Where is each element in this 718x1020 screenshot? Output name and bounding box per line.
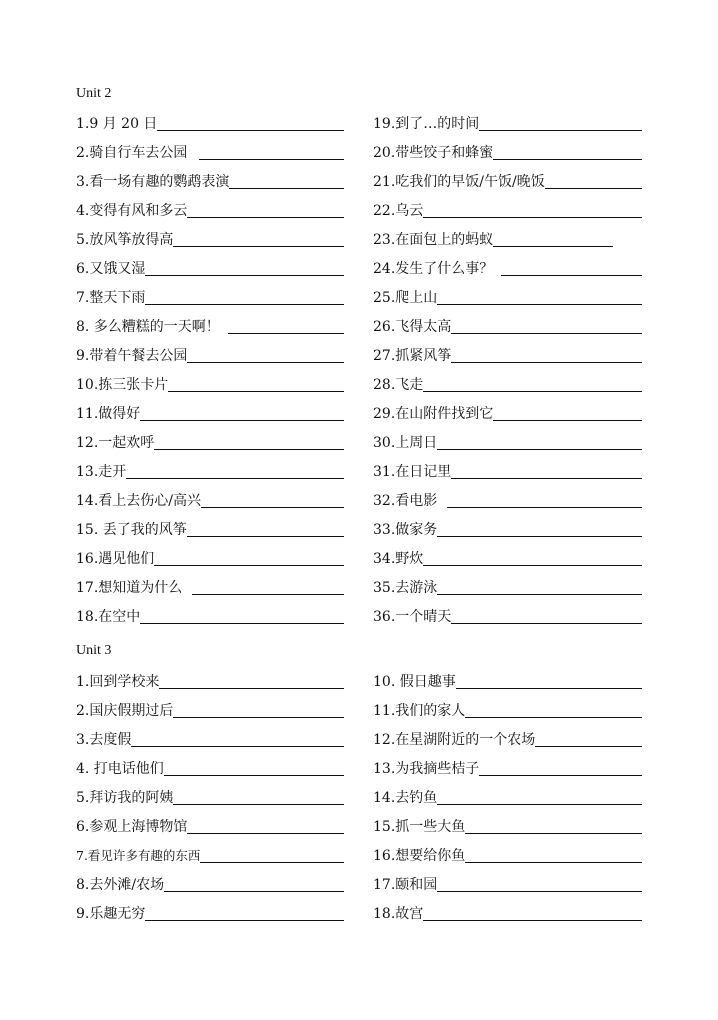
answer-blank[interactable] xyxy=(456,672,642,689)
answer-blank[interactable] xyxy=(423,201,642,218)
exercise-prompt: 14.看上去伤心/高兴 xyxy=(76,492,201,511)
answer-blank[interactable] xyxy=(168,375,344,392)
exercise-row: 16.遇见他们 xyxy=(76,547,344,569)
exercise-prompt: 22.乌云 xyxy=(373,202,423,221)
exercise-prompt: 6.参观上海博物馆 xyxy=(76,818,187,837)
exercise-prompt: 30.上周日 xyxy=(373,434,437,453)
exercise-row: 23.在面包上的蚂蚁 xyxy=(373,228,642,250)
answer-blank[interactable] xyxy=(164,875,344,892)
exercise-prompt: 3.去度假 xyxy=(76,731,131,750)
exercise-row: 34.野炊 xyxy=(373,547,642,569)
exercise-prompt: 33.做家务 xyxy=(373,521,437,540)
answer-blank[interactable] xyxy=(154,549,344,566)
answer-blank[interactable] xyxy=(201,491,344,508)
answer-blank[interactable] xyxy=(229,172,344,189)
exercise-prompt: 6.又饿又湿 xyxy=(76,260,145,279)
exercise-prompt: 27.抓紧风筝 xyxy=(373,347,451,366)
exercise-prompt: 19.到了…的时间 xyxy=(373,115,479,134)
answer-blank[interactable] xyxy=(501,259,642,276)
answer-blank[interactable] xyxy=(535,730,642,747)
unit-3-title: Unit 3 xyxy=(76,641,111,661)
exercise-prompt: 9.带着午餐去公园 xyxy=(76,347,187,366)
exercise-prompt: 8.去外滩/农场 xyxy=(76,876,164,895)
exercise-prompt: 5.拜访我的阿姨 xyxy=(76,789,173,808)
answer-blank[interactable] xyxy=(437,520,642,537)
answer-blank[interactable] xyxy=(437,875,642,892)
exercise-row: 12.在星湖附近的一个农场 xyxy=(373,728,642,750)
answer-blank[interactable] xyxy=(447,491,642,508)
answer-blank[interactable] xyxy=(545,172,642,189)
worksheet-page: Unit 2 1.9 月 20 日2.骑自行车去公园3.看一场有趣的鹦鹉表演4.… xyxy=(0,0,718,1020)
answer-blank[interactable] xyxy=(159,672,344,689)
answer-blank[interactable] xyxy=(423,375,642,392)
answer-blank[interactable] xyxy=(140,607,344,624)
answer-blank[interactable] xyxy=(131,730,344,747)
answer-blank[interactable] xyxy=(187,520,344,537)
answer-blank[interactable] xyxy=(164,759,344,776)
exercise-row: 8.去外滩/农场 xyxy=(76,873,344,895)
answer-blank[interactable] xyxy=(437,788,642,805)
answer-blank[interactable] xyxy=(173,788,344,805)
answer-blank[interactable] xyxy=(465,846,642,863)
exercise-row: 30.上周日 xyxy=(373,431,642,453)
exercise-prompt: 5.放风筝放得高 xyxy=(76,231,173,250)
exercise-row: 15. 丢了我的风筝 xyxy=(76,518,344,540)
exercise-prompt: 4. 打电话他们 xyxy=(76,760,164,779)
exercise-row: 7.看见许多有趣的东西 xyxy=(76,844,344,866)
answer-blank[interactable] xyxy=(451,317,642,334)
exercise-row: 36.一个晴天 xyxy=(373,605,642,627)
answer-blank[interactable] xyxy=(145,904,344,921)
answer-blank[interactable] xyxy=(228,317,344,334)
exercise-prompt: 7.整天下雨 xyxy=(76,289,145,308)
exercise-row: 33.做家务 xyxy=(373,518,642,540)
exercise-row: 12.一起欢呼 xyxy=(76,431,344,453)
answer-blank[interactable] xyxy=(465,817,642,834)
exercise-prompt: 2.骑自行车去公园 xyxy=(76,144,187,163)
exercise-prompt: 1.回到学校来 xyxy=(76,673,159,692)
exercise-row: 17.颐和园 xyxy=(373,873,642,895)
exercise-prompt: 35.去游泳 xyxy=(373,579,437,598)
exercise-row: 5.放风筝放得高 xyxy=(76,228,344,250)
exercise-row: 10.拣三张卡片 xyxy=(76,373,344,395)
exercise-prompt: 28.飞走 xyxy=(373,376,423,395)
exercise-prompt: 7.看见许多有趣的东西 xyxy=(76,847,200,866)
answer-blank[interactable] xyxy=(145,259,344,276)
exercise-prompt: 10. 假日趣事 xyxy=(373,673,456,692)
exercise-row: 24.发生了什么事？ xyxy=(373,257,642,279)
exercise-prompt: 12.一起欢呼 xyxy=(76,434,154,453)
exercise-row: 25.爬上山 xyxy=(373,286,642,308)
exercise-prompt: 11.我们的家人 xyxy=(373,702,465,721)
exercise-row: 10. 假日趣事 xyxy=(373,670,642,692)
exercise-prompt: 16.遇见他们 xyxy=(76,550,154,569)
answer-blank[interactable] xyxy=(199,143,344,160)
exercise-row: 18.故宫 xyxy=(373,902,642,924)
answer-blank[interactable] xyxy=(126,462,344,479)
exercise-prompt: 12.在星湖附近的一个农场 xyxy=(373,731,535,750)
answer-blank[interactable] xyxy=(187,346,344,363)
exercise-prompt: 15. 丢了我的风筝 xyxy=(76,521,187,540)
exercise-prompt: 23.在面包上的蚂蚁 xyxy=(373,231,493,250)
answer-blank[interactable] xyxy=(154,433,344,450)
answer-blank[interactable] xyxy=(479,759,642,776)
answer-blank[interactable] xyxy=(479,114,642,131)
answer-blank[interactable] xyxy=(187,201,344,218)
exercise-row: 6.参观上海博物馆 xyxy=(76,815,344,837)
exercise-row: 26.飞得太高 xyxy=(373,315,642,337)
exercise-prompt: 2.国庆假期过后 xyxy=(76,702,173,721)
exercise-row: 20.带些饺子和蜂蜜 xyxy=(373,141,642,163)
exercise-row: 14.去钓鱼 xyxy=(373,786,642,808)
exercise-row: 17.想知道为什么 xyxy=(76,576,344,598)
exercise-prompt: 24.发生了什么事？ xyxy=(373,260,493,279)
exercise-prompt: 20.带些饺子和蜂蜜 xyxy=(373,144,493,163)
exercise-row: 32.看电影 xyxy=(373,489,642,511)
answer-blank[interactable] xyxy=(173,230,344,247)
exercise-prompt: 13.走开 xyxy=(76,463,126,482)
exercise-row: 6.又饿又湿 xyxy=(76,257,344,279)
exercise-row: 13.走开 xyxy=(76,460,344,482)
answer-blank[interactable] xyxy=(493,143,642,160)
answer-blank[interactable] xyxy=(451,462,642,479)
exercise-prompt: 18.故宫 xyxy=(373,905,423,924)
exercise-prompt: 34.野炊 xyxy=(373,550,423,569)
exercise-row: 11.做得好 xyxy=(76,402,344,424)
exercise-prompt: 16.想要给你鱼 xyxy=(373,847,465,866)
exercise-prompt: 17.颐和园 xyxy=(373,876,437,895)
answer-blank[interactable] xyxy=(423,549,642,566)
exercise-row: 28.飞走 xyxy=(373,373,642,395)
exercise-row: 29.在山附件找到它 xyxy=(373,402,642,424)
exercise-row: 3.去度假 xyxy=(76,728,344,750)
answer-blank[interactable] xyxy=(437,433,642,450)
answer-blank[interactable] xyxy=(192,578,344,595)
exercise-prompt: 15.抓一些大鱼 xyxy=(373,818,465,837)
exercise-row: 27.抓紧风筝 xyxy=(373,344,642,366)
exercise-row: 13.为我摘些桔子 xyxy=(373,757,642,779)
exercise-prompt: 1.9 月 20 日 xyxy=(76,115,157,134)
answer-blank[interactable] xyxy=(200,846,344,863)
exercise-row: 21.吃我们的早饭/午饭/晚饭 xyxy=(373,170,642,192)
exercise-row: 9.乐趣无穷 xyxy=(76,902,344,924)
exercise-prompt: 17.想知道为什么 xyxy=(76,579,182,598)
exercise-row: 15.抓一些大鱼 xyxy=(373,815,642,837)
answer-blank[interactable] xyxy=(451,346,642,363)
exercise-row: 19.到了…的时间 xyxy=(373,112,642,134)
exercise-row: 14.看上去伤心/高兴 xyxy=(76,489,344,511)
answer-blank[interactable] xyxy=(465,701,642,718)
exercise-row: 16.想要给你鱼 xyxy=(373,844,642,866)
exercise-row: 1.回到学校来 xyxy=(76,670,344,692)
exercise-row: 22.乌云 xyxy=(373,199,642,221)
exercise-prompt: 14.去钓鱼 xyxy=(373,789,437,808)
exercise-row: 11.我们的家人 xyxy=(373,699,642,721)
exercise-row: 35.去游泳 xyxy=(373,576,642,598)
exercise-prompt: 29.在山附件找到它 xyxy=(373,405,493,424)
exercise-prompt: 4.变得有风和多云 xyxy=(76,202,187,221)
exercise-row: 1.9 月 20 日 xyxy=(76,112,344,134)
unit-2-title: Unit 2 xyxy=(76,84,111,104)
exercise-row: 4. 打电话他们 xyxy=(76,757,344,779)
exercise-row: 9.带着午餐去公园 xyxy=(76,344,344,366)
exercise-prompt: 9.乐趣无穷 xyxy=(76,905,145,924)
answer-blank[interactable] xyxy=(173,701,344,718)
exercise-row: 5.拜访我的阿姨 xyxy=(76,786,344,808)
exercise-row: 2.国庆假期过后 xyxy=(76,699,344,721)
answer-blank[interactable] xyxy=(157,114,344,131)
exercise-prompt: 11.做得好 xyxy=(76,405,140,424)
exercise-prompt: 13.为我摘些桔子 xyxy=(373,760,479,779)
exercise-row: 31.在日记里 xyxy=(373,460,642,482)
exercise-prompt: 18.在空中 xyxy=(76,608,140,627)
answer-blank[interactable] xyxy=(187,817,344,834)
answer-blank[interactable] xyxy=(423,904,642,921)
exercise-prompt: 10.拣三张卡片 xyxy=(76,376,168,395)
answer-blank[interactable] xyxy=(437,288,642,305)
exercise-row: 7.整天下雨 xyxy=(76,286,344,308)
exercise-prompt: 3.看一场有趣的鹦鹉表演 xyxy=(76,173,229,192)
exercise-prompt: 36.一个晴天 xyxy=(373,608,451,627)
answer-blank[interactable] xyxy=(493,230,613,247)
exercise-row: 3.看一场有趣的鹦鹉表演 xyxy=(76,170,344,192)
exercise-row: 8. 多么糟糕的一天啊！ xyxy=(76,315,344,337)
exercise-prompt: 8. 多么糟糕的一天啊！ xyxy=(76,318,220,337)
exercise-prompt: 25.爬上山 xyxy=(373,289,437,308)
exercise-row: 4.变得有风和多云 xyxy=(76,199,344,221)
exercise-prompt: 26.飞得太高 xyxy=(373,318,451,337)
exercise-row: 2.骑自行车去公园 xyxy=(76,141,344,163)
answer-blank[interactable] xyxy=(145,288,344,305)
exercise-prompt: 21.吃我们的早饭/午饭/晚饭 xyxy=(373,173,545,192)
exercise-prompt: 31.在日记里 xyxy=(373,463,451,482)
answer-blank[interactable] xyxy=(493,404,642,421)
answer-blank[interactable] xyxy=(451,607,642,624)
answer-blank[interactable] xyxy=(140,404,344,421)
answer-blank[interactable] xyxy=(437,578,642,595)
exercise-prompt: 32.看电影 xyxy=(373,492,437,511)
exercise-row: 18.在空中 xyxy=(76,605,344,627)
